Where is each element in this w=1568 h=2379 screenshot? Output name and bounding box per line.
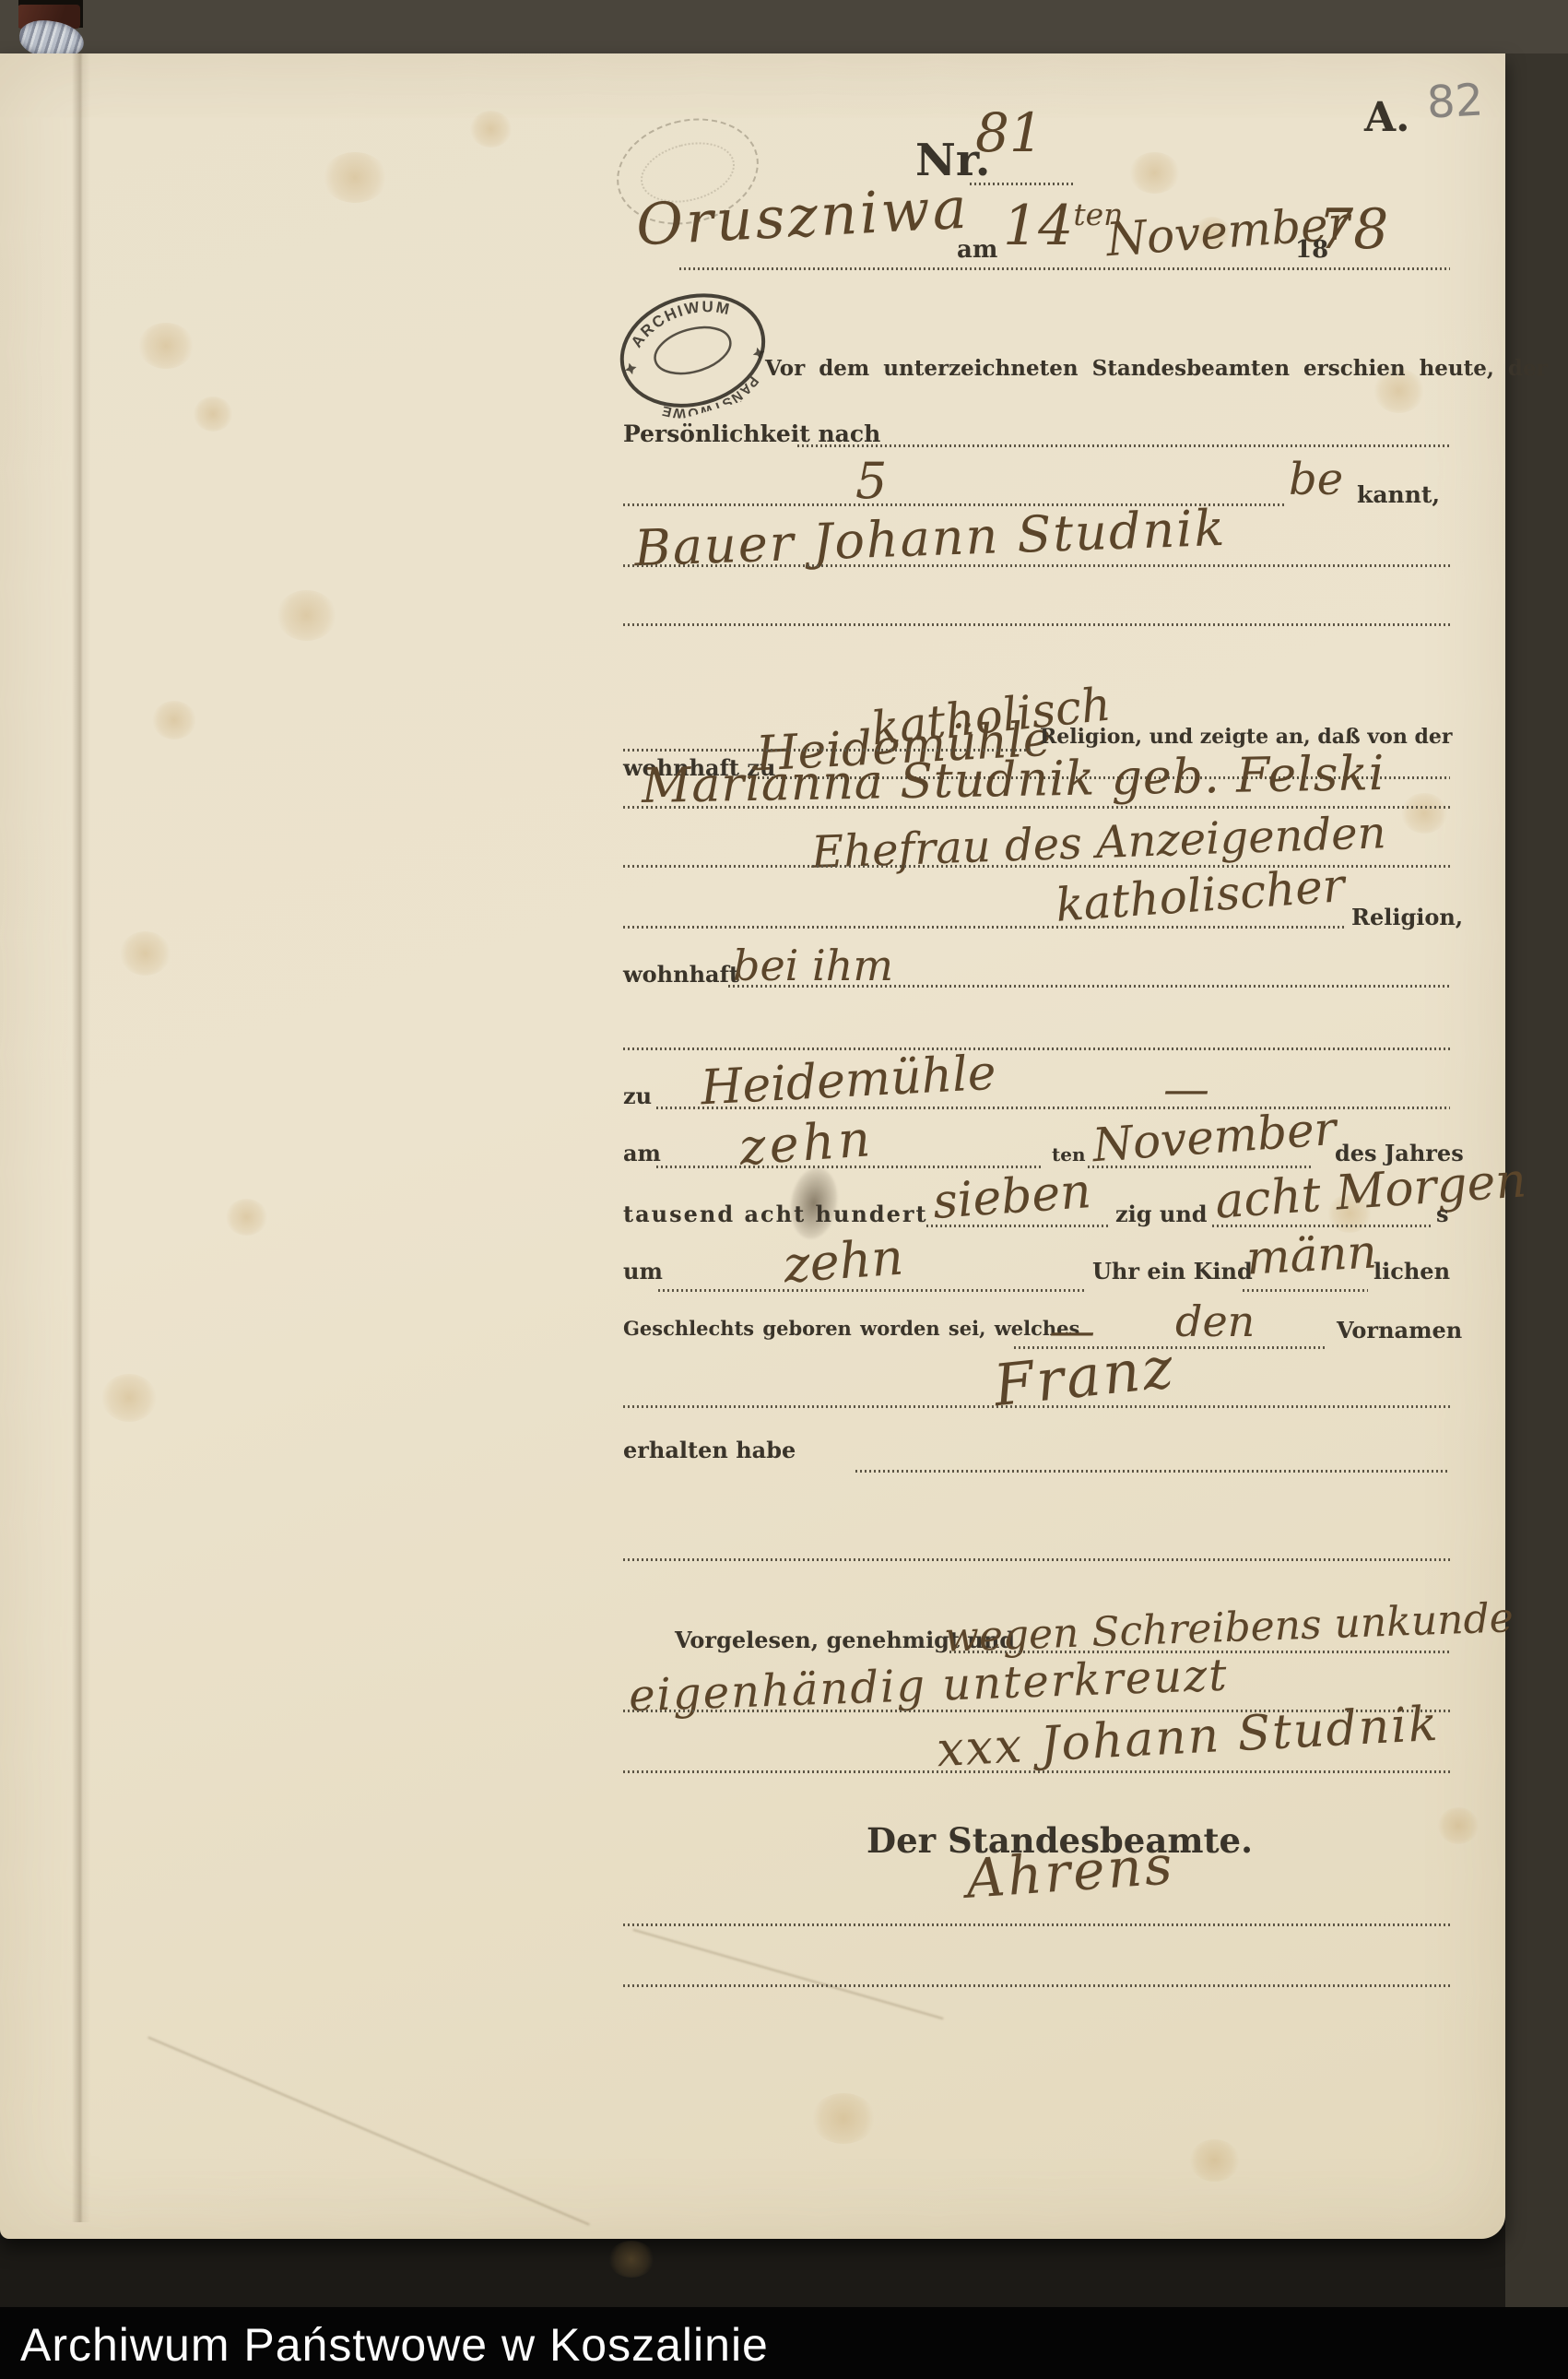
dateline-am-label: am	[957, 236, 997, 264]
dotted-line	[679, 267, 1450, 270]
wohnhaft-label: wohnhaft	[623, 961, 739, 988]
foxing-spot	[138, 323, 194, 369]
religion2-label: Religion,	[1351, 904, 1463, 930]
den-handwritten: den	[1175, 1296, 1255, 1346]
dotted-line	[658, 1289, 1087, 1292]
page-letter: A.	[1364, 94, 1409, 141]
mother-residence: bei ihm	[733, 941, 893, 990]
s-label: s	[1436, 1201, 1449, 1227]
zig-und-label: zig und	[1115, 1201, 1208, 1227]
page-fold-crease	[72, 53, 90, 2222]
archive-name-label: Archiwum Państwowe w Koszalinie	[20, 2318, 769, 2372]
erhalten-label: erhalten habe	[623, 1437, 796, 1463]
dotted-line	[656, 1166, 1043, 1168]
foxing-spot	[1189, 2139, 1240, 2182]
dotted-line	[623, 564, 1450, 567]
child-sex: männ	[1245, 1225, 1378, 1284]
foxing-spot	[811, 2093, 876, 2144]
religion-zeigte-label: Religion, und zeigte an, daß von der	[1040, 725, 1452, 749]
dateline-year-written: 78	[1318, 197, 1388, 262]
dotted-line	[855, 1470, 1450, 1473]
dotted-line	[1243, 1289, 1368, 1292]
dotted-line	[728, 985, 1450, 988]
um-label: um	[623, 1258, 663, 1284]
foxing-spot	[470, 111, 512, 148]
geschlechts-label: Geschlechts geboren worden sei, welches	[623, 1317, 1079, 1340]
dotted-line	[1088, 1166, 1311, 1168]
foxing-spot	[194, 396, 232, 432]
dotted-line	[623, 1923, 1450, 1926]
dotted-line	[926, 1225, 1109, 1227]
dotted-line	[623, 1405, 1450, 1408]
dotted-line	[623, 623, 1450, 626]
dotted-line	[623, 1770, 1450, 1773]
foxing-spot	[1438, 1807, 1479, 1844]
scan-frame-top	[0, 0, 1568, 53]
dotted-line	[623, 749, 1033, 752]
uhr-ein-kind-label: Uhr ein Kind	[1092, 1258, 1253, 1284]
dotted-line	[623, 1558, 1450, 1561]
foxing-spot	[1129, 152, 1180, 194]
foxing-spot	[323, 152, 387, 203]
pencil-folio-number: 82	[1426, 74, 1485, 128]
dateline-day-number: 14	[1003, 194, 1073, 258]
identity-flourish: 5	[855, 452, 887, 510]
scan-frame-left	[0, 0, 18, 61]
foxing-spot	[277, 590, 336, 641]
zu-label: zu	[623, 1083, 652, 1109]
lichen-label: lichen	[1373, 1258, 1450, 1284]
bekannt-handwritten-prefix: be	[1289, 454, 1343, 505]
birth-hour: zehn	[782, 1228, 905, 1295]
foxing-spot	[226, 1199, 267, 1236]
dotted-line	[623, 1047, 1450, 1050]
foxing-spot	[608, 2241, 654, 2278]
foxing-spot	[120, 931, 171, 976]
dotted-line	[623, 1984, 1450, 1987]
dotted-line	[623, 926, 1344, 929]
dotted-line	[970, 183, 1076, 185]
foxing-spot	[152, 701, 196, 740]
vornamen-label: Vornamen	[1337, 1317, 1462, 1343]
persoenlichkeit-label: Persönlichkeit nach	[623, 420, 880, 447]
tausend-label: tausend acht hundert	[623, 1201, 928, 1227]
year-decade: sieben	[931, 1164, 1092, 1230]
dotted-line	[797, 444, 1450, 447]
ten-label: ten	[1052, 1143, 1086, 1166]
record-number-value: 81	[975, 101, 1043, 164]
kannt-label: kannt,	[1357, 481, 1440, 508]
foxing-spot	[101, 1374, 157, 1422]
document-scan: A. 82 Nr. 81 Oruszniwa am 14ten November…	[0, 0, 1568, 2379]
foxing-spot	[1401, 793, 1447, 834]
intro-line: Vor dem unterzeichneten Standesbeamten e…	[765, 356, 1548, 381]
am-label: am	[623, 1140, 661, 1166]
